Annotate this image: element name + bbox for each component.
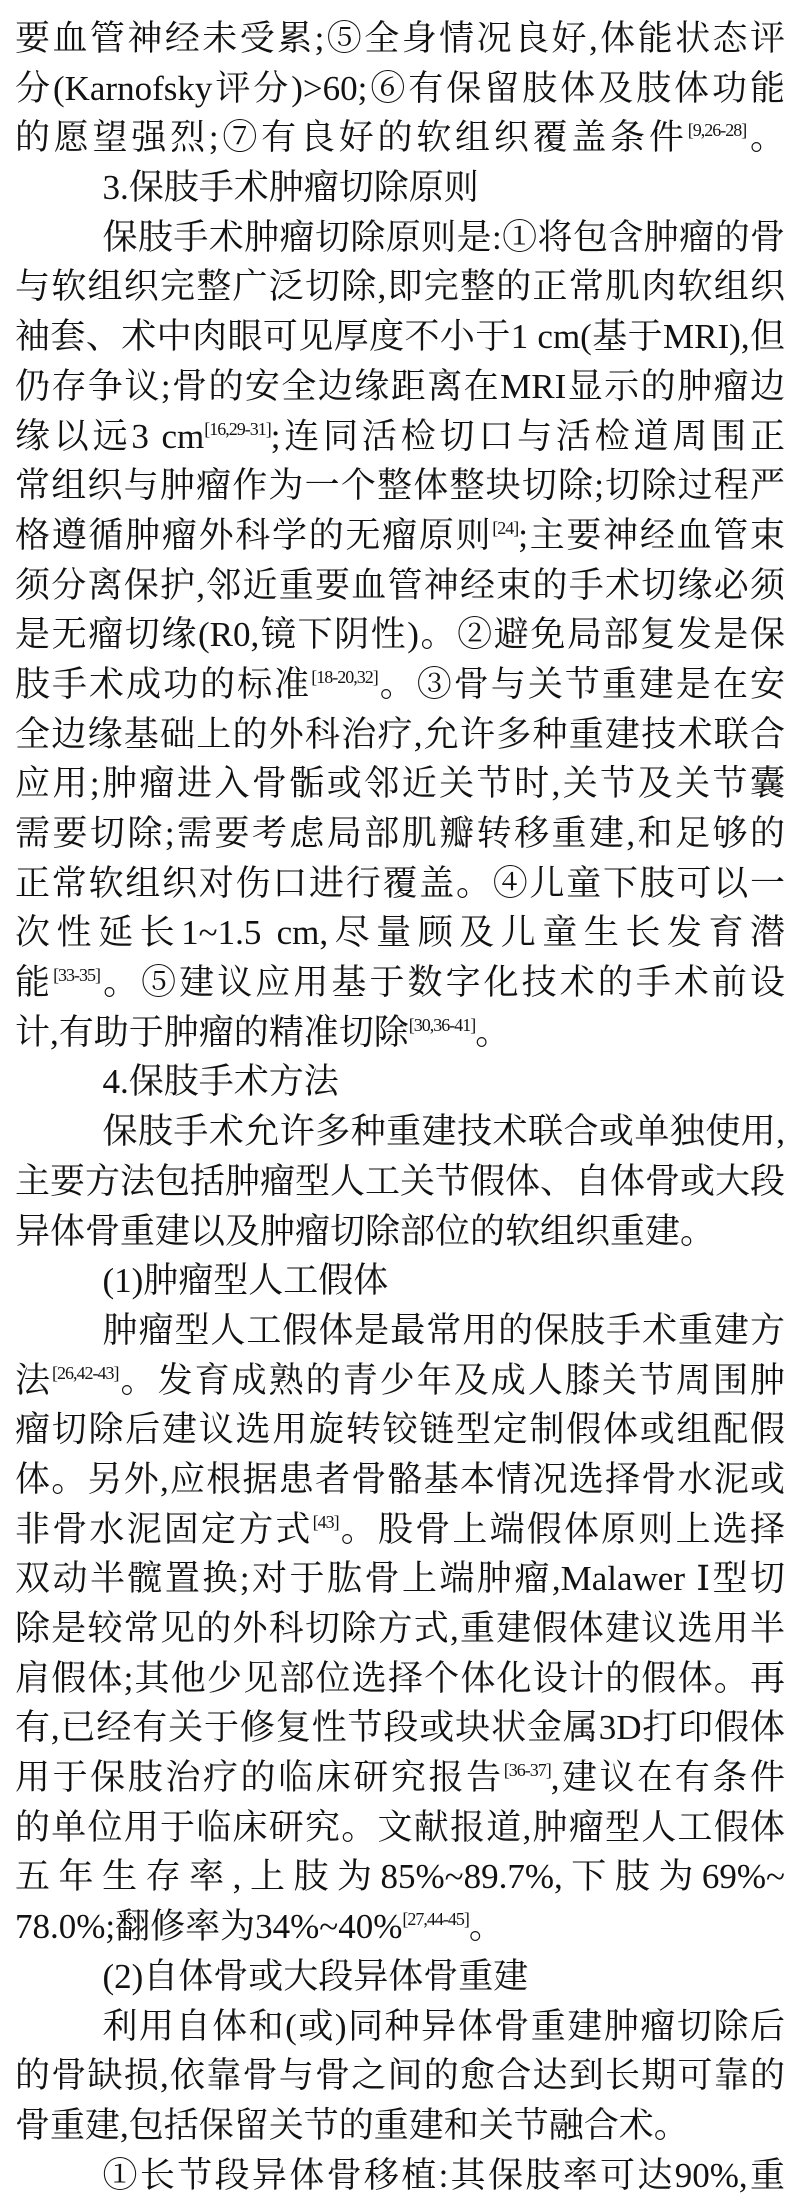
text-segment: 体。另外,应根据患者骨骼基本情况选择骨水泥或: [15, 1460, 785, 1499]
text-line: 的单位用于临床研究。文献报道,肿瘤型人工假体: [15, 1803, 785, 1853]
text-line: 缘以远3 cm[16,29-31];连同活检切口与活检道周围正: [15, 412, 785, 462]
text-segment: 双动半髋置换;对于肱骨上端肿瘤,Malawer Ⅰ型切: [15, 1559, 785, 1598]
text-line: 肩假体;其他少见部位选择个体化设计的假体。再: [15, 1654, 785, 1704]
text-line: 保肢手术肿瘤切除原则是:①将包含肿瘤的骨: [15, 213, 785, 263]
text-segment: 与软组织完整广泛切除,即完整的正常肌肉软组织: [15, 267, 785, 306]
text-segment: 利用自体和(或)同种异体骨重建肿瘤切除后: [103, 2007, 786, 2046]
text-segment: ;主要神经血管束: [518, 516, 785, 555]
text-line: 能[33-35]。⑤建议应用基于数字化技术的手术前设: [15, 958, 785, 1008]
text-segment: 3.保肢手术肿瘤切除原则: [103, 168, 479, 207]
text-segment: 保肢手术允许多种重建技术联合或单独使用,: [103, 1112, 786, 1151]
text-line: 常组织与肿瘤作为一个整体整块切除;切除过程严: [15, 461, 785, 511]
text-segment: (1)肿瘤型人工假体: [103, 1261, 389, 1300]
text-segment: 。: [469, 1907, 504, 1946]
text-line: 利用自体和(或)同种异体骨重建肿瘤切除后: [15, 2002, 785, 2052]
text-segment: 。股骨上端假体原则上选择: [339, 1510, 785, 1549]
text-segment: 次性延长1~1.5 cm,尽量顾及儿童生长发育潜: [15, 913, 785, 952]
text-line: 保肢手术允许多种重建技术联合或单独使用,: [15, 1107, 785, 1157]
text-line: 分(Karnofsky评分)>60;⑥有保留肢体及肢体功能: [15, 64, 785, 114]
text-line: 肢手术成功的标准[18-20,32]。③骨与关节重建是在安: [15, 660, 785, 710]
text-line: 4.保肢手术方法: [15, 1057, 785, 1107]
text-segment: ①长节段异体骨移植:其保肢率可达90%,重: [103, 2156, 786, 2195]
text-segment: 是无瘤切缘(R0,镜下阴性)。②避免局部复发是保: [15, 615, 785, 654]
citation-reference: [26,42-43]: [52, 1363, 118, 1383]
text-segment: 。发育成熟的青少年及成人膝关节周围肿: [119, 1361, 785, 1400]
text-line: 主要方法包括肿瘤型人工关节假体、自体骨或大段: [15, 1157, 785, 1207]
text-line: 次性延长1~1.5 cm,尽量顾及儿童生长发育潜: [15, 908, 785, 958]
text-segment: ;连同活检切口与活检道周围正: [271, 417, 785, 456]
text-line: 要血管神经未受累;⑤全身情况良好,体能状态评: [15, 14, 785, 64]
text-segment: 肩假体;其他少见部位选择个体化设计的假体。再: [15, 1659, 785, 1698]
citation-reference: [36-37]: [504, 1760, 551, 1780]
text-segment: 计,有助于肿瘤的精准切除: [15, 1013, 409, 1052]
text-line: 3.保肢手术肿瘤切除原则: [15, 163, 785, 213]
text-segment: 能: [15, 963, 53, 1002]
text-segment: 要血管神经未受累;⑤全身情况良好,体能状态评: [15, 19, 785, 58]
text-line: 的愿望强烈;⑦有良好的软组织覆盖条件[9,26-28]。: [15, 113, 785, 163]
citation-reference: [27,44-45]: [402, 1909, 468, 1929]
text-segment: 需要切除;需要考虑局部肌瓣转移重建,和足够的: [15, 814, 785, 853]
text-line: (2)自体骨或大段异体骨重建: [15, 1952, 785, 2002]
text-line: 非骨水泥固定方式[43]。股骨上端假体原则上选择: [15, 1505, 785, 1555]
text-segment: 正常软组织对伤口进行覆盖。④儿童下肢可以一: [15, 864, 785, 903]
citation-reference: [24]: [492, 518, 518, 538]
text-segment: 法: [15, 1361, 52, 1400]
text-line: 的骨缺损,依靠骨与骨之间的愈合达到长期可靠的: [15, 2051, 785, 2101]
citation-reference: [33-35]: [53, 965, 100, 985]
text-line: 瘤切除后建议选用旋转铰链型定制假体或组配假: [15, 1405, 785, 1455]
text-segment: 格遵循肿瘤外科学的无瘤原则: [15, 516, 492, 555]
text-segment: 仍存争议;骨的安全边缘距离在MRI显示的肿瘤边: [15, 367, 785, 406]
text-line: 与软组织完整广泛切除,即完整的正常肌肉软组织: [15, 262, 785, 312]
text-segment: 。: [746, 118, 785, 157]
text-line: ①长节段异体骨移植:其保肢率可达90%,重: [15, 2151, 785, 2201]
text-segment: 应用;肿瘤进入骨骺或邻近关节时,关节及关节囊: [15, 764, 785, 803]
text-segment: 除是较常见的外科切除方式,重建假体建议选用半: [15, 1609, 785, 1648]
text-line: 体。另外,应根据患者骨骼基本情况选择骨水泥或: [15, 1455, 785, 1505]
scanned-paper-page: { "document": { "colors": { "background"…: [0, 0, 800, 2206]
text-line: 法[26,42-43]。发育成熟的青少年及成人膝关节周围肿: [15, 1356, 785, 1406]
text-segment: 须分离保护,邻近重要血管神经束的手术切缘必须: [15, 566, 785, 605]
text-line: 骨重建,包括保留关节的重建和关节融合术。: [15, 2101, 785, 2151]
text-segment: 。③骨与关节重建是在安: [378, 665, 785, 704]
text-line: 应用;肿瘤进入骨骺或邻近关节时,关节及关节囊: [15, 759, 785, 809]
text-segment: 缘以远3 cm: [15, 417, 204, 456]
text-line: 袖套、术中肉眼可见厚度不小于1 cm(基于MRI),但: [15, 312, 785, 362]
text-segment: 五年生存率,上肢为85%~89.7%,下肢为69%~: [15, 1857, 785, 1896]
document-page: 要血管神经未受累;⑤全身情况良好,体能状态评分(Karnofsky评分)>60;…: [0, 0, 800, 2206]
text-line: 全边缘基础上的外科治疗,允许多种重建技术联合: [15, 710, 785, 760]
text-segment: 有,已经有关于修复性节段或块状金属3D打印假体: [15, 1708, 785, 1747]
text-segment: 的骨缺损,依靠骨与骨之间的愈合达到长期可靠的: [15, 2056, 785, 2095]
text-line: 肿瘤型人工假体是最常用的保肢手术重建方: [15, 1306, 785, 1356]
text-segment: 的愿望强烈;⑦有良好的软组织覆盖条件: [15, 118, 688, 157]
text-line: 计,有助于肿瘤的精准切除[30,36-41]。: [15, 1008, 785, 1058]
citation-reference: [16,29-31]: [204, 419, 270, 439]
text-line: 五年生存率,上肢为85%~89.7%,下肢为69%~: [15, 1852, 785, 1902]
text-segment: 异体骨重建以及肿瘤切除部位的软组织重建。: [15, 1212, 715, 1251]
text-line: 用于保肢治疗的临床研究报告[36-37],建议在有条件: [15, 1753, 785, 1803]
text-line: 须分离保护,邻近重要血管神经束的手术切缘必须: [15, 561, 785, 611]
text-segment: 4.保肢手术方法: [103, 1062, 339, 1101]
text-line: 正常软组织对伤口进行覆盖。④儿童下肢可以一: [15, 859, 785, 909]
text-segment: 袖套、术中肉眼可见厚度不小于1 cm(基于MRI),但: [15, 317, 785, 356]
text-line: 有,已经有关于修复性节段或块状金属3D打印假体: [15, 1703, 785, 1753]
text-line: 格遵循肿瘤外科学的无瘤原则[24];主要神经血管束: [15, 511, 785, 561]
text-line: 异体骨重建以及肿瘤切除部位的软组织重建。: [15, 1207, 785, 1257]
text-line: 仍存争议;骨的安全边缘距离在MRI显示的肿瘤边: [15, 362, 785, 412]
text-segment: 常组织与肿瘤作为一个整体整块切除;切除过程严: [15, 466, 785, 505]
text-line: 是无瘤切缘(R0,镜下阴性)。②避免局部复发是保: [15, 610, 785, 660]
text-segment: 。⑤建议应用基于数字化技术的手术前设: [100, 963, 785, 1002]
citation-reference: [9,26-28]: [688, 120, 746, 140]
citation-reference: [18-20,32]: [311, 667, 377, 687]
text-segment: 骨重建,包括保留关节的重建和关节融合术。: [15, 2106, 689, 2145]
text-segment: 78.0%;翻修率为34%~40%: [15, 1907, 402, 1946]
text-segment: 主要方法包括肿瘤型人工关节假体、自体骨或大段: [15, 1162, 785, 1201]
text-segment: 用于保肢治疗的临床研究报告: [15, 1758, 504, 1797]
text-line: 双动半髋置换;对于肱骨上端肿瘤,Malawer Ⅰ型切: [15, 1554, 785, 1604]
text-segment: 保肢手术肿瘤切除原则是:①将包含肿瘤的骨: [103, 218, 786, 257]
text-segment: ,建议在有条件: [551, 1758, 785, 1797]
text-line: (1)肿瘤型人工假体: [15, 1256, 785, 1306]
text-segment: 分(Karnofsky评分)>60;⑥有保留肢体及肢体功能: [15, 69, 785, 108]
text-segment: (2)自体骨或大段异体骨重建: [103, 1957, 529, 1996]
text-line: 78.0%;翻修率为34%~40%[27,44-45]。: [15, 1902, 785, 1952]
text-segment: 的单位用于临床研究。文献报道,肿瘤型人工假体: [15, 1808, 785, 1847]
text-segment: 。: [475, 1013, 510, 1052]
text-segment: 全边缘基础上的外科治疗,允许多种重建技术联合: [15, 715, 785, 754]
citation-reference: [30,36-41]: [409, 1015, 475, 1035]
text-line: 除是较常见的外科切除方式,重建假体建议选用半: [15, 1604, 785, 1654]
text-column: 要血管神经未受累;⑤全身情况良好,体能状态评分(Karnofsky评分)>60;…: [15, 14, 785, 2200]
text-segment: 肢手术成功的标准: [15, 665, 311, 704]
text-segment: 肿瘤型人工假体是最常用的保肢手术重建方: [103, 1311, 786, 1350]
text-segment: 瘤切除后建议选用旋转铰链型定制假体或组配假: [15, 1410, 785, 1449]
text-line: 需要切除;需要考虑局部肌瓣转移重建,和足够的: [15, 809, 785, 859]
text-segment: 非骨水泥固定方式: [15, 1510, 313, 1549]
citation-reference: [43]: [313, 1512, 339, 1532]
